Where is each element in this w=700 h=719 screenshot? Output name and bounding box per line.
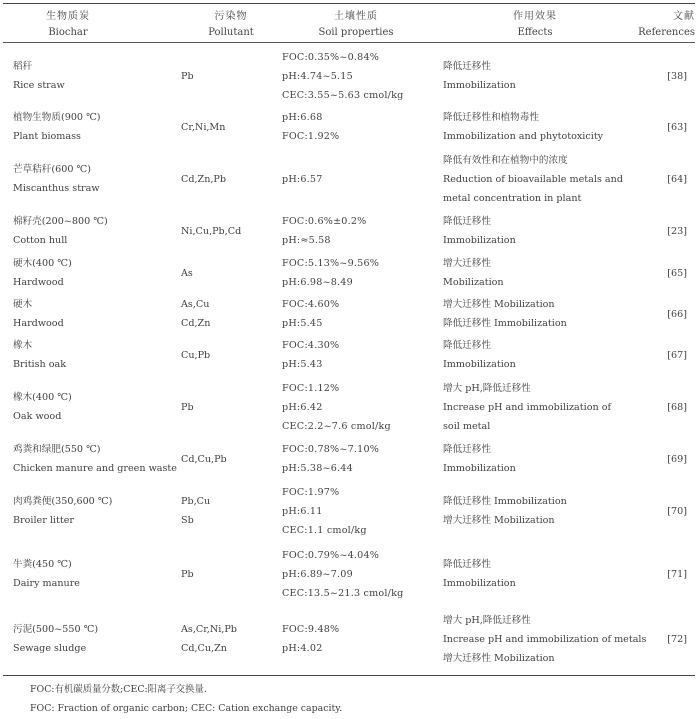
effects-cell: 增大 pH,降低迁移性Increase pH and immobilizatio… xyxy=(443,607,638,671)
biochar-cell: 芒草秸秆(600 ℃)Miscanthus straw xyxy=(13,149,183,209)
header-biochar-zh: 生物质炭 xyxy=(3,9,133,25)
pollutant-cell: As,CuCd,Zn xyxy=(181,295,281,333)
biochar-cell-line: 棉籽壳(200~800 ℃) xyxy=(13,212,183,231)
effects-cell-line: Immobilization xyxy=(443,574,638,593)
effects-cell: 降低迁移性 Immobilization增大迁移性 Mobilization xyxy=(443,481,638,541)
effects-cell-line: metal concentration in plant xyxy=(443,189,638,208)
reference-cell: [71] xyxy=(631,543,687,605)
biochar-cell-line: 芒草秸秆(600 ℃) xyxy=(13,160,183,179)
soil-properties-cell-line: pH:6.57 xyxy=(282,170,437,189)
effects-cell-line: 降低迁移性 xyxy=(443,212,638,231)
header-references: 文献 References xyxy=(633,9,695,41)
biochar-cell-line: 植物生物质(900 ℃) xyxy=(13,108,183,127)
reference-cell: [67] xyxy=(631,335,687,375)
reference-cell: [63] xyxy=(631,107,687,147)
biochar-cell-line: Sewage sludge xyxy=(13,639,183,658)
biochar-cell-line: British oak xyxy=(13,355,183,374)
header-biochar-en: Biochar xyxy=(3,25,133,41)
note-en: FOC: Fraction of organic carbon; CEC: Ca… xyxy=(30,699,342,718)
reference-citation: [63] xyxy=(667,118,687,137)
pollutant-cell-line: Pb xyxy=(181,398,281,417)
effects-cell: 增大迁移性Mobilization xyxy=(443,253,638,293)
soil-properties-cell: FOC:0.78%~7.10%pH:5.38~6.44 xyxy=(282,439,437,479)
soil-properties-cell-line: pH:≈5.58 xyxy=(282,231,437,250)
biochar-cell: 硬木Hardwood xyxy=(13,295,183,333)
soil-properties-cell: pH:6.57 xyxy=(282,149,437,209)
effects-cell-line: 降低迁移性和植物毒性 xyxy=(443,108,638,127)
reference-cell: [66] xyxy=(631,295,687,333)
pollutant-cell: Pb,CuSb xyxy=(181,481,281,541)
pollutant-cell: Cd,Cu,Pb xyxy=(181,439,281,479)
pollutant-cell-line: Pb xyxy=(181,67,281,86)
reference-citation: [68] xyxy=(667,398,687,417)
pollutant-cell-line: Cd,Zn xyxy=(181,314,281,333)
soil-properties-cell: FOC:1.97%pH:6.11CEC:1.1 cmol/kg xyxy=(282,481,437,541)
soil-properties-cell-line: FOC:4.30% xyxy=(282,336,437,355)
soil-properties-cell-line: pH:5.43 xyxy=(282,355,437,374)
effects-cell: 增大 pH,降低迁移性Increase pH and immobilizatio… xyxy=(443,377,638,437)
pollutant-cell-line: Pb,Cu xyxy=(181,492,281,511)
pollutant-cell: Cr,Ni,Mn xyxy=(181,107,281,147)
effects-cell-line: 增大迁移性 Mobilization xyxy=(443,295,638,314)
effects-cell-line: 增大 pH,降低迁移性 xyxy=(443,611,638,630)
header-effects: 作用效果 Effects xyxy=(435,9,635,41)
table-row: 鸡粪和绿肥(550 ℃)Chicken manure and green was… xyxy=(3,439,695,479)
effects-cell: 增大迁移性 Mobilization降低迁移性 Immobilization xyxy=(443,295,638,333)
biochar-cell-line: Rice straw xyxy=(13,76,183,95)
effects-cell-line: Reduction of bioavailable metals and xyxy=(443,170,638,189)
effects-cell: 降低迁移性Immobilization xyxy=(443,335,638,375)
effects-cell-line: Immobilization xyxy=(443,76,638,95)
effects-cell-line: 降低迁移性 Immobilization xyxy=(443,492,638,511)
pollutant-cell: Pb xyxy=(181,543,281,605)
effects-cell-line: Increase pH and immobilization of xyxy=(443,398,638,417)
effects-cell-line: soil metal xyxy=(443,417,638,436)
pollutant-cell-line: Cd,Zn,Pb xyxy=(181,170,281,189)
soil-properties-cell-line: FOC:9.48% xyxy=(282,620,437,639)
header-effects-en: Effects xyxy=(435,25,635,41)
pollutant-cell-line: Cu,Pb xyxy=(181,346,281,365)
effects-cell-line: 增大 pH,降低迁移性 xyxy=(443,379,638,398)
reference-citation: [64] xyxy=(667,170,687,189)
reference-citation: [66] xyxy=(667,305,687,324)
soil-properties-cell-line: CEC:3.55~5.63 cmol/kg xyxy=(282,86,437,105)
effects-cell-line: 降低迁移性 xyxy=(443,555,638,574)
header-pollutant: 污染物 Pollutant xyxy=(181,9,281,41)
biochar-cell-line: Broiler litter xyxy=(13,511,183,530)
table-notes: FOC:有机碳质量分数;CEC:阳离子交换量. FOC: Fraction of… xyxy=(30,680,342,718)
biochar-cell: 稻秆Rice straw xyxy=(13,47,183,105)
table-row: 植物生物质(900 ℃)Plant biomassCr,Ni,MnpH:6.68… xyxy=(3,107,695,147)
table-row: 芒草秸秆(600 ℃)Miscanthus strawCd,Zn,PbpH:6.… xyxy=(3,149,695,209)
pollutant-cell: Ni,Cu,Pb,Cd xyxy=(181,211,281,251)
effects-cell-line: 增大迁移性 Mobilization xyxy=(443,649,638,668)
table-top-rule xyxy=(3,3,695,4)
biochar-cell-line: Oak wood xyxy=(13,407,183,426)
table-row: 稻秆Rice strawPbFOC:0.35%~0.84%pH:4.74~5.1… xyxy=(3,47,695,105)
biochar-cell-line: Dairy manure xyxy=(13,574,183,593)
reference-citation: [70] xyxy=(667,502,687,521)
soil-properties-cell: FOC:0.79%~4.04%pH:6.89~7.09CEC:13.5~21.3… xyxy=(282,543,437,605)
reference-cell: [69] xyxy=(631,439,687,479)
effects-cell: 降低迁移性Immobilization xyxy=(443,543,638,605)
soil-properties-cell: FOC:5.13%~9.56%pH:6.98~8.49 xyxy=(282,253,437,293)
pollutant-cell: Cu,Pb xyxy=(181,335,281,375)
soil-properties-cell-line: FOC:0.35%~0.84% xyxy=(282,48,437,67)
biochar-cell-line: 鸡粪和绿肥(550 ℃) xyxy=(13,440,183,459)
soil-properties-cell-line: pH:6.89~7.09 xyxy=(282,565,437,584)
pollutant-cell: As xyxy=(181,253,281,293)
effects-cell-line: Immobilization xyxy=(443,355,638,374)
biochar-cell-line: Plant biomass xyxy=(13,127,183,146)
reference-citation: [72] xyxy=(667,630,687,649)
biochar-cell-line: Chicken manure and green waste xyxy=(13,459,183,478)
pollutant-cell-line: As,Cu xyxy=(181,295,281,314)
soil-properties-cell-line: FOC:1.97% xyxy=(282,483,437,502)
soil-properties-cell-line: pH:5.45 xyxy=(282,314,437,333)
table-row: 牛粪(450 ℃)Dairy manurePbFOC:0.79%~4.04%pH… xyxy=(3,543,695,605)
header-effects-zh: 作用效果 xyxy=(435,9,635,25)
pollutant-cell-line: Cd,Cu,Zn xyxy=(181,639,281,658)
header-soil-en: Soil properties xyxy=(281,25,431,41)
header-soil-zh: 土壤性质 xyxy=(281,9,431,25)
pollutant-cell-line: Cd,Cu,Pb xyxy=(181,450,281,469)
effects-cell-line: 增大迁移性 xyxy=(443,254,638,273)
table-row: 肉鸡粪便(350,600 ℃)Broiler litterPb,CuSbFOC:… xyxy=(3,481,695,541)
effects-cell-line: 降低迁移性 Immobilization xyxy=(443,314,638,333)
biochar-cell: 植物生物质(900 ℃)Plant biomass xyxy=(13,107,183,147)
biochar-cell: 牛粪(450 ℃)Dairy manure xyxy=(13,543,183,605)
reference-cell: [70] xyxy=(631,481,687,541)
soil-properties-cell-line: FOC:4.60% xyxy=(282,295,437,314)
header-bottom-rule xyxy=(3,42,695,43)
soil-properties-cell: FOC:0.35%~0.84%pH:4.74~5.15CEC:3.55~5.63… xyxy=(282,47,437,105)
table-bottom-rule xyxy=(3,675,695,676)
biochar-cell: 污泥(500~550 ℃)Sewage sludge xyxy=(13,607,183,671)
header-pollutant-zh: 污染物 xyxy=(181,9,281,25)
table-row: 橡木(400 ℃)Oak woodPbFOC:1.12%pH:6.42CEC:2… xyxy=(3,377,695,437)
soil-properties-cell: FOC:0.6%±0.2%pH:≈5.58 xyxy=(282,211,437,251)
reference-citation: [38] xyxy=(667,67,687,86)
table-row: 橡木British oakCu,PbFOC:4.30%pH:5.43降低迁移性I… xyxy=(3,335,695,375)
biochar-cell: 鸡粪和绿肥(550 ℃)Chicken manure and green was… xyxy=(13,439,183,479)
reference-cell: [72] xyxy=(631,607,687,671)
soil-properties-cell-line: CEC:1.1 cmol/kg xyxy=(282,521,437,540)
biochar-cell: 棉籽壳(200~800 ℃)Cotton hull xyxy=(13,211,183,251)
soil-properties-cell: FOC:1.12%pH:6.42CEC:2.2~7.6 cmol/kg xyxy=(282,377,437,437)
biochar-cell-line: Cotton hull xyxy=(13,231,183,250)
effects-cell-line: Immobilization xyxy=(443,231,638,250)
biochar-cell-line: 牛粪(450 ℃) xyxy=(13,555,183,574)
header-pollutant-en: Pollutant xyxy=(181,25,281,41)
header-references-en: References xyxy=(633,25,695,41)
header-references-zh: 文献 xyxy=(633,9,695,25)
reference-citation: [71] xyxy=(667,565,687,584)
table-row: 硬木(400 ℃)HardwoodAsFOC:5.13%~9.56%pH:6.9… xyxy=(3,253,695,293)
biochar-cell-line: Miscanthus straw xyxy=(13,179,183,198)
effects-cell-line: 降低迁移性 xyxy=(443,336,638,355)
effects-cell-line: 降低迁移性 xyxy=(443,57,638,76)
soil-properties-cell-line: pH:6.11 xyxy=(282,502,437,521)
effects-cell: 降低迁移性Immobilization xyxy=(443,47,638,105)
biochar-cell-line: 橡木(400 ℃) xyxy=(13,388,183,407)
effects-cell-line: 降低有效性和在植物中的浓度 xyxy=(443,151,638,170)
soil-properties-cell-line: FOC:0.6%±0.2% xyxy=(282,212,437,231)
biochar-cell-line: 硬木 xyxy=(13,295,183,314)
pollutant-cell-line: As xyxy=(181,264,281,283)
reference-cell: [65] xyxy=(631,253,687,293)
reference-cell: [68] xyxy=(631,377,687,437)
note-zh: FOC:有机碳质量分数;CEC:阳离子交换量. xyxy=(30,680,342,699)
soil-properties-cell-line: FOC:5.13%~9.56% xyxy=(282,254,437,273)
biochar-cell-line: Hardwood xyxy=(13,273,183,292)
header-biochar: 生物质炭 Biochar xyxy=(3,9,133,41)
soil-properties-cell-line: pH:6.42 xyxy=(282,398,437,417)
soil-properties-cell: FOC:4.30%pH:5.43 xyxy=(282,335,437,375)
effects-cell: 降低迁移性和植物毒性Immobilization and phytotoxici… xyxy=(443,107,638,147)
biochar-cell-line: 污泥(500~550 ℃) xyxy=(13,620,183,639)
soil-properties-cell-line: pH:4.74~5.15 xyxy=(282,67,437,86)
effects-cell: 降低迁移性Immobilization xyxy=(443,439,638,479)
soil-properties-cell-line: CEC:2.2~7.6 cmol/kg xyxy=(282,417,437,436)
biochar-cell: 橡木British oak xyxy=(13,335,183,375)
effects-cell-line: Mobilization xyxy=(443,273,638,292)
header-soil-properties: 土壤性质 Soil properties xyxy=(281,9,431,41)
pollutant-cell-line: As,Cr,Ni,Pb xyxy=(181,620,281,639)
soil-properties-cell-line: pH:4.02 xyxy=(282,639,437,658)
soil-properties-cell-line: FOC:0.79%~4.04% xyxy=(282,546,437,565)
soil-properties-cell-line: pH:6.98~8.49 xyxy=(282,273,437,292)
pollutant-cell: As,Cr,Ni,PbCd,Cu,Zn xyxy=(181,607,281,671)
reference-cell: [64] xyxy=(631,149,687,209)
effects-cell: 降低迁移性Immobilization xyxy=(443,211,638,251)
soil-properties-cell-line: CEC:13.5~21.3 cmol/kg xyxy=(282,584,437,603)
biochar-cell: 橡木(400 ℃)Oak wood xyxy=(13,377,183,437)
table-row: 污泥(500~550 ℃)Sewage sludgeAs,Cr,Ni,PbCd,… xyxy=(3,607,695,671)
effects-cell-line: Immobilization xyxy=(443,459,638,478)
table-row: 硬木HardwoodAs,CuCd,ZnFOC:4.60%pH:5.45增大迁移… xyxy=(3,295,695,333)
pollutant-cell-line: Cr,Ni,Mn xyxy=(181,118,281,137)
reference-citation: [69] xyxy=(667,450,687,469)
soil-properties-cell: FOC:9.48%pH:4.02 xyxy=(282,607,437,671)
effects-cell-line: 增大迁移性 Mobilization xyxy=(443,511,638,530)
pollutant-cell-line: Sb xyxy=(181,511,281,530)
effects-cell-line: Immobilization and phytotoxicity xyxy=(443,127,638,146)
soil-properties-cell: pH:6.68FOC:1.92% xyxy=(282,107,437,147)
biochar-cell-line: 稻秆 xyxy=(13,57,183,76)
effects-cell-line: Increase pH and immobilization of metals xyxy=(443,630,638,649)
pollutant-cell-line: Ni,Cu,Pb,Cd xyxy=(181,222,281,241)
biochar-cell-line: 橡木 xyxy=(13,336,183,355)
pollutant-cell: Pb xyxy=(181,377,281,437)
soil-properties-cell-line: FOC:1.12% xyxy=(282,379,437,398)
reference-cell: [23] xyxy=(631,211,687,251)
pollutant-cell: Cd,Zn,Pb xyxy=(181,149,281,209)
biochar-cell-line: 硬木(400 ℃) xyxy=(13,254,183,273)
biochar-cell: 肉鸡粪便(350,600 ℃)Broiler litter xyxy=(13,481,183,541)
biochar-cell: 硬木(400 ℃)Hardwood xyxy=(13,253,183,293)
reference-citation: [67] xyxy=(667,346,687,365)
pollutant-cell-line: Pb xyxy=(181,565,281,584)
pollutant-cell: Pb xyxy=(181,47,281,105)
reference-citation: [23] xyxy=(667,222,687,241)
biochar-cell-line: 肉鸡粪便(350,600 ℃) xyxy=(13,492,183,511)
effects-cell: 降低有效性和在植物中的浓度Reduction of bioavailable m… xyxy=(443,149,638,209)
soil-properties-cell-line: FOC:1.92% xyxy=(282,127,437,146)
biochar-cell-line: Hardwood xyxy=(13,314,183,333)
soil-properties-cell: FOC:4.60%pH:5.45 xyxy=(282,295,437,333)
reference-citation: [65] xyxy=(667,264,687,283)
reference-cell: [38] xyxy=(631,47,687,105)
soil-properties-cell-line: pH:5.38~6.44 xyxy=(282,459,437,478)
effects-cell-line: 降低迁移性 xyxy=(443,440,638,459)
table-row: 棉籽壳(200~800 ℃)Cotton hullNi,Cu,Pb,CdFOC:… xyxy=(3,211,695,251)
soil-properties-cell-line: FOC:0.78%~7.10% xyxy=(282,440,437,459)
soil-properties-cell-line: pH:6.68 xyxy=(282,108,437,127)
